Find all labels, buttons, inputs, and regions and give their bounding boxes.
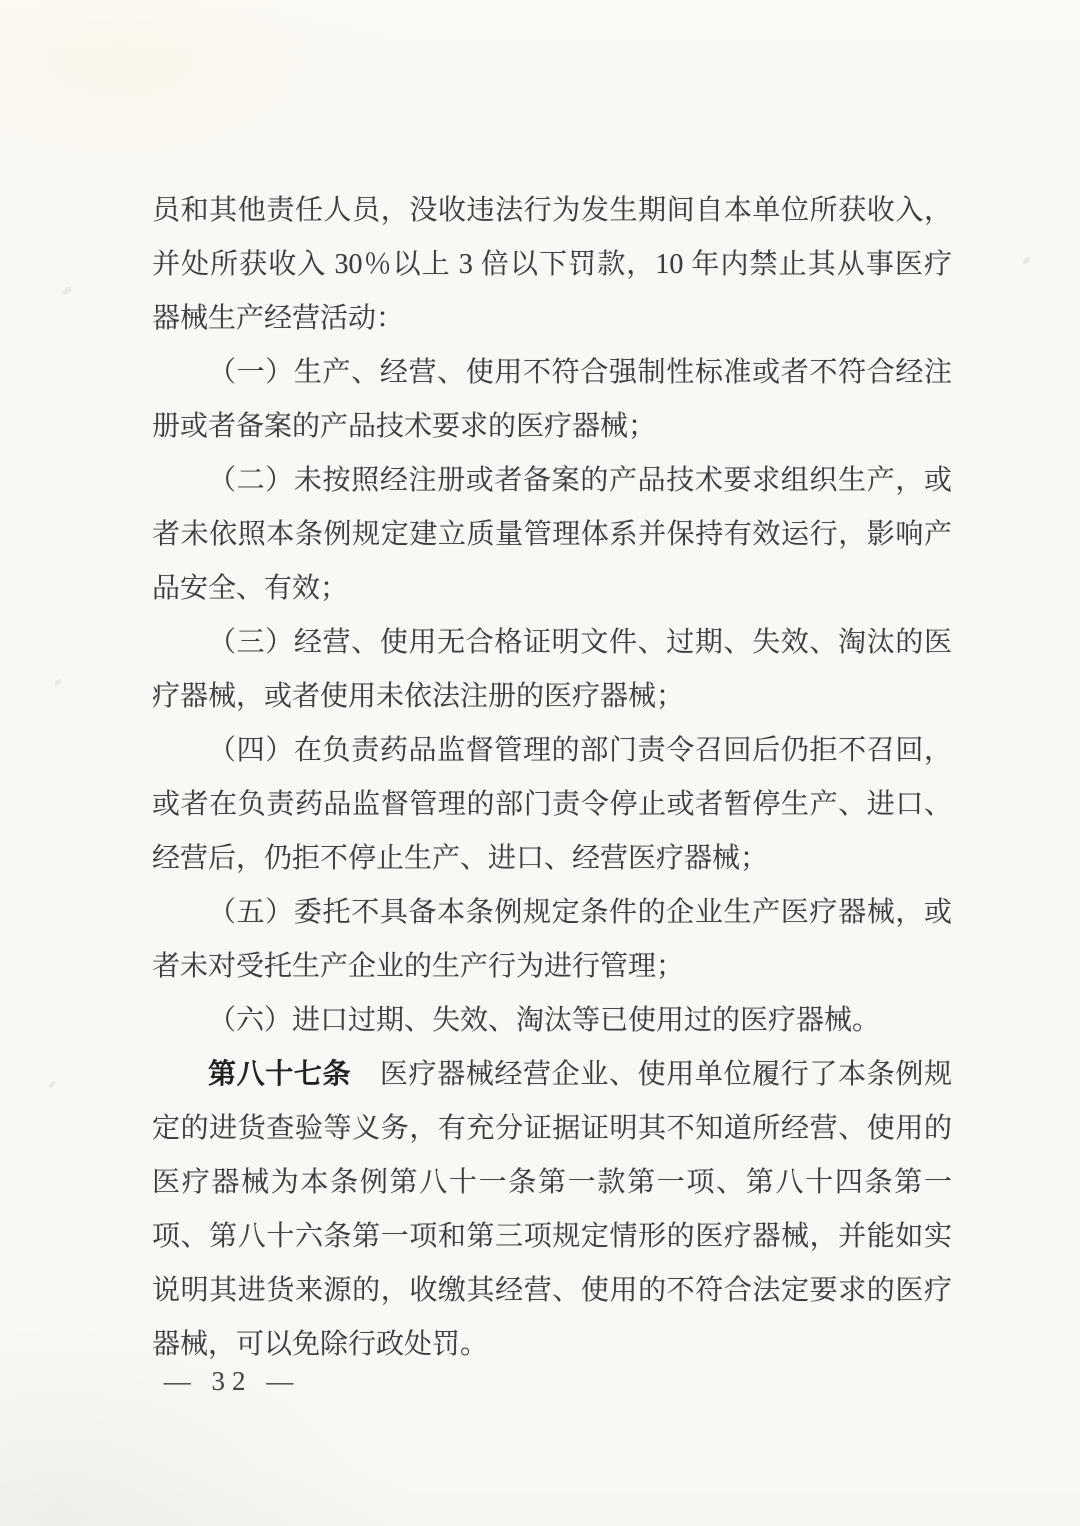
text-line: 说明其进货来源的，收缴其经营、使用的不符合法定要求的医疗 bbox=[152, 1264, 952, 1318]
text-line: 疗器械，或者使用未依法注册的医疗器械； bbox=[152, 670, 952, 724]
text-line: 器械生产经营活动： bbox=[152, 292, 952, 346]
scan-speckle bbox=[1021, 256, 1031, 266]
text-line-list-item-4: （四）在负责药品监督管理的部门责令召回后仍拒不召回， bbox=[152, 724, 952, 778]
text-line: 定的进货查验等义务，有充分证据证明其不知道所经营、使用的 bbox=[152, 1102, 952, 1156]
text-line-list-item-3: （三）经营、使用无合格证明文件、过期、失效、淘汰的医 bbox=[152, 616, 952, 670]
page-number: — 32 — bbox=[150, 1366, 314, 1397]
text-line-list-item-2: （二）未按照经注册或者备案的产品技术要求组织生产，或 bbox=[152, 454, 952, 508]
text-line-list-item-5: （五）委托不具备本条例规定条件的企业生产医疗器械，或 bbox=[152, 886, 952, 940]
article-text: 医疗器械经营企业、使用单位履行了本条例规 bbox=[351, 1059, 952, 1090]
text-line: 册或者备案的产品技术要求的医疗器械； bbox=[152, 400, 952, 454]
scanned-document-page: 员和其他责任人员，没收违法行为发生期间自本单位所获收入， 并处所获收入 30％以… bbox=[0, 0, 1080, 1526]
scan-speckle bbox=[61, 285, 73, 296]
document-body: 员和其他责任人员，没收违法行为发生期间自本单位所获收入， 并处所获收入 30％以… bbox=[152, 184, 952, 1372]
text-line: 者未对受托生产企业的生产行为进行管理； bbox=[152, 940, 952, 994]
text-line: 项、第八十六条第一项和第三项规定情形的医疗器械，并能如实 bbox=[152, 1210, 952, 1264]
text-line-list-item-1: （一）生产、经营、使用不符合强制性标准或者不符合经注 bbox=[152, 346, 952, 400]
text-line: 或者在负责药品监督管理的部门责令停止或者暂停生产、进口、 bbox=[152, 778, 952, 832]
text-line: 经营后，仍拒不停止生产、进口、经营医疗器械； bbox=[152, 832, 952, 886]
scan-speckle bbox=[47, 1080, 56, 1089]
text-line-list-item-6: （六）进口过期、失效、淘汰等已使用过的医疗器械。 bbox=[152, 994, 952, 1048]
text-line: 并处所获收入 30％以上 3 倍以下罚款，10 年内禁止其从事医疗 bbox=[152, 238, 952, 292]
text-line: 品安全、有效； bbox=[152, 562, 952, 616]
scan-speckle bbox=[53, 678, 62, 687]
text-line: 器械，可以免除行政处罚。 bbox=[152, 1318, 952, 1372]
text-line: 员和其他责任人员，没收违法行为发生期间自本单位所获收入， bbox=[152, 184, 952, 238]
article-number-bold: 第八十七条 bbox=[208, 1059, 351, 1090]
text-line-article-87: 第八十七条 医疗器械经营企业、使用单位履行了本条例规 bbox=[152, 1048, 952, 1102]
text-line: 者未依照本条例规定建立质量管理体系并保持有效运行，影响产 bbox=[152, 508, 952, 562]
text-line: 医疗器械为本条例第八十一条第一款第一项、第八十四条第一 bbox=[152, 1156, 952, 1210]
